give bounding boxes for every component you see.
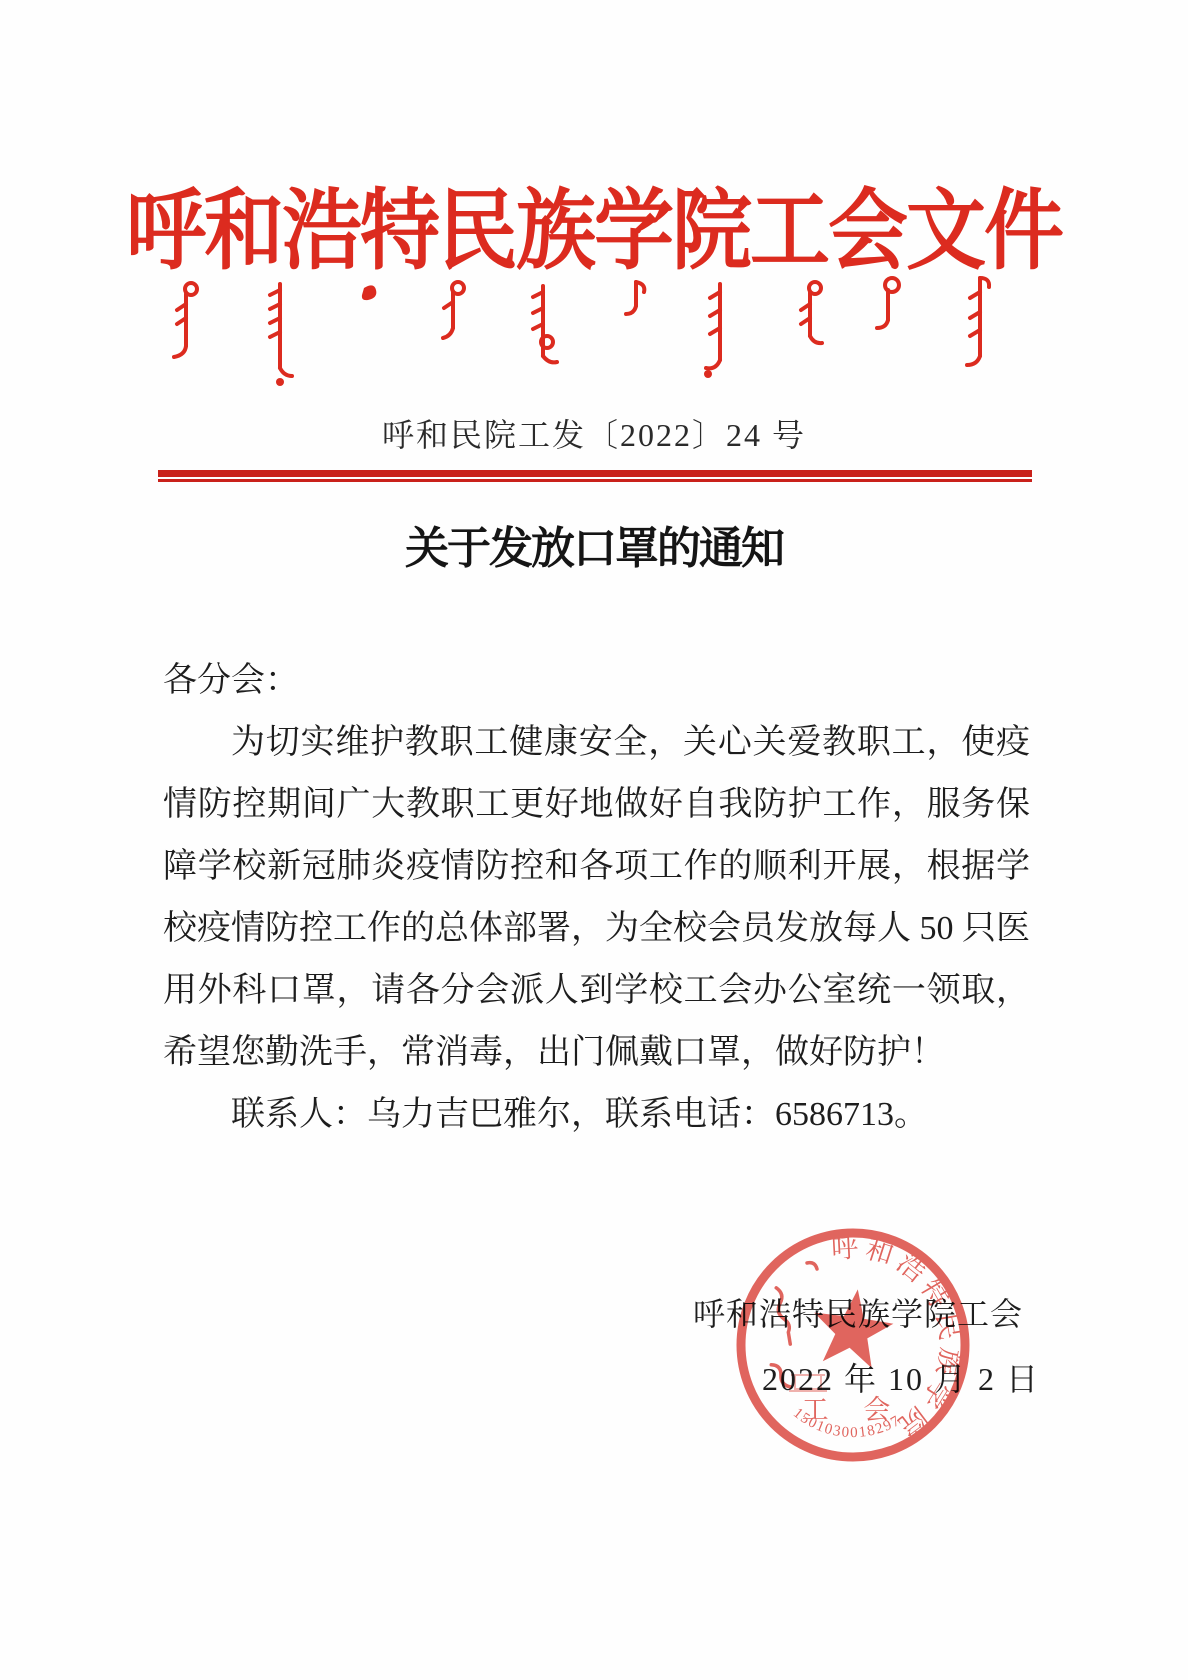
- official-seal: 呼和浩特民族学院 工 会 1501030018297: [723, 1215, 983, 1475]
- mongolian-word: [443, 282, 464, 338]
- seal-star-icon: [814, 1289, 893, 1368]
- mongolian-word: [967, 278, 989, 365]
- red-divider-rule: [158, 470, 1032, 482]
- notice-body: 各分会： 为切实维护教职工健康安全，关心关爱教职工，使疫情防控期间广大教职工更好…: [163, 650, 1030, 1146]
- mongolian-word: [801, 282, 822, 343]
- salutation: 各分会：: [163, 650, 1030, 712]
- document-number: 呼和民院工发〔2022〕24 号: [0, 410, 1188, 456]
- body-paragraph-2: 联系人：乌力吉巴雅尔，联系电话：6586713。: [163, 1084, 1030, 1146]
- mongolian-word: [704, 284, 720, 378]
- letterhead-title: 呼和浩特民族学院工会文件: [0, 160, 1188, 287]
- red-rule-thin-line: [158, 479, 1032, 482]
- mongolian-word: [174, 283, 197, 357]
- mongolian-word: [533, 286, 557, 362]
- mongolian-script-row: ᠬᠦᠬᠡᠬᠣᠲᠠ ᠶᠢᠨ ᠦᠨᠳᠦᠰᠦᠲᠡᠨ ᠦ ᠳᠡᠭᠡᠳᠦ ᠰᠤᠷᠭᠠᠭᠤᠯ…: [168, 272, 998, 390]
- seal-building-sketch: [789, 1375, 827, 1391]
- mongolian-word: [626, 282, 644, 314]
- mongolian-word: [270, 284, 292, 386]
- mongolian-word: [362, 285, 376, 300]
- body-paragraph-1: 为切实维护教职工健康安全，关心关爱教职工，使疫情防控期间广大教职工更好地做好自我…: [163, 712, 1030, 1084]
- mongolian-word: [877, 278, 899, 328]
- official-document-page: 呼和浩特民族学院工会文件 ᠬᠦᠬᠡᠬᠣᠲᠠ ᠶᠢᠨ ᠦᠨᠳᠦᠰᠦᠲᠡᠨ ᠦ ᠳᠡ…: [0, 0, 1188, 1680]
- seal-mongolian-marks: [771, 1263, 817, 1389]
- notice-title: 关于发放口罩的通知: [0, 512, 1188, 576]
- red-rule-thick-line: [158, 470, 1032, 477]
